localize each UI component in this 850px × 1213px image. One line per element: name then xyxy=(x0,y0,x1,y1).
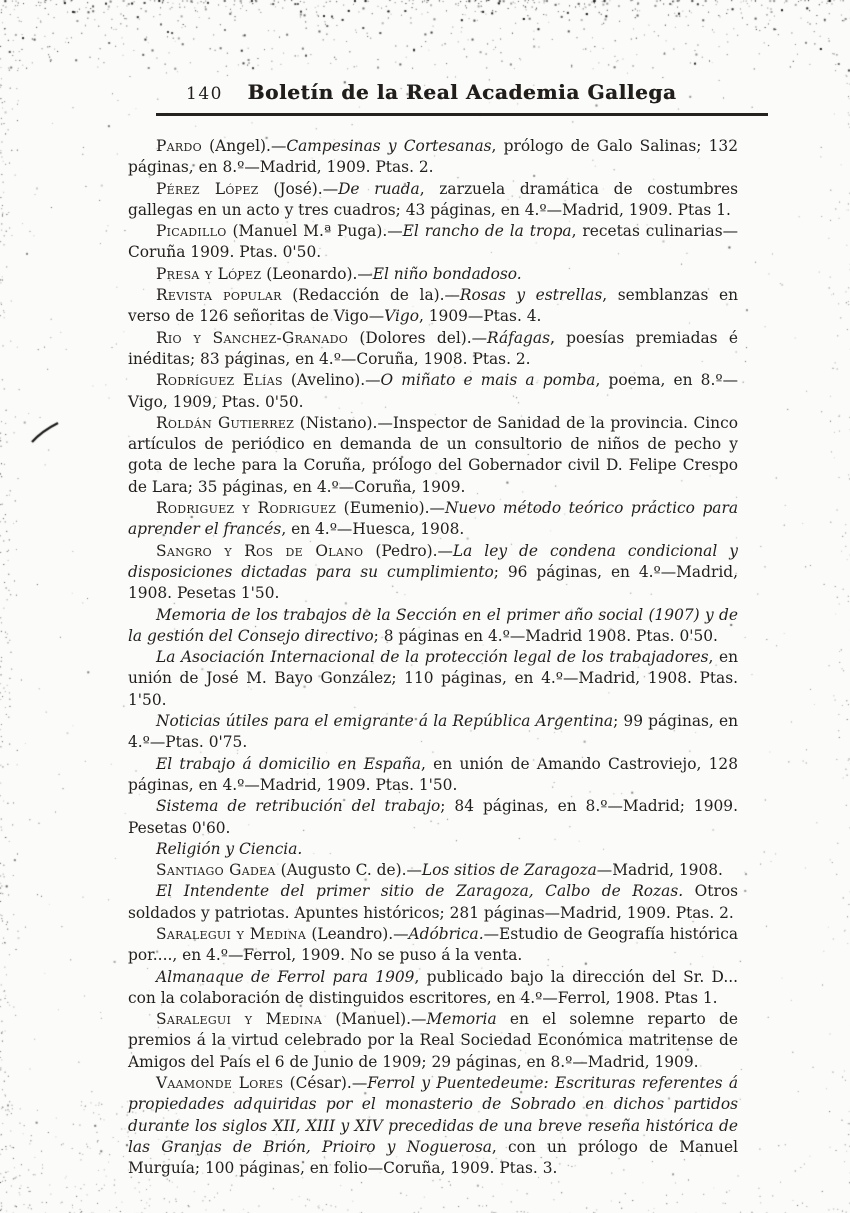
document-page: 140 Boletín de la Real Academia Gallega … xyxy=(0,0,850,1213)
bib-entry: Pérez López (José).—De ruada, zarzuela d… xyxy=(128,179,738,222)
bib-entry: Noticias útiles para el emigrante á la R… xyxy=(128,711,738,754)
author-name: Roldán Gutierrez xyxy=(156,414,294,432)
bib-entry: Roldán Gutierrez (Nistano).—Inspector de… xyxy=(128,413,738,498)
bib-entry: Revista popular (Redacción de la).—Rosas… xyxy=(128,285,738,328)
author-name: Saralegui y Medina xyxy=(156,925,306,943)
author-name: Saralegui y Medina xyxy=(156,1010,322,1028)
bib-entry: Picadillo (Manuel M.ª Puga).—El rancho d… xyxy=(128,221,738,264)
entry-text: (Manuel).— xyxy=(322,1010,426,1028)
bib-entry: Rodriguez y Rodriguez (Eumenio).—Nuevo m… xyxy=(128,498,738,541)
work-title: El rancho de la tropa xyxy=(403,222,572,240)
entry-text: , 1909—Ptas. 4. xyxy=(419,307,541,325)
author-name: Revista popular xyxy=(156,286,282,304)
entry-text: (Manuel M.ª Puga).— xyxy=(227,222,403,240)
bib-entry: Saralegui y Medina (Manuel).—Memoria en … xyxy=(128,1009,738,1073)
work-title: O miñato e mais a pomba xyxy=(381,371,596,389)
work-title: Los sitios de Zaragoza xyxy=(422,861,597,879)
work-title: De ruada xyxy=(338,180,420,198)
author-name: Pérez López xyxy=(156,180,259,198)
entry-text: (Redacción de la).— xyxy=(282,286,460,304)
entry-text: (Dolores del).— xyxy=(348,329,487,347)
entry-text: (Leonardo).— xyxy=(261,265,372,283)
bib-entry: Memoria de los trabajos de la Sección en… xyxy=(128,605,738,648)
work-title: Memoria xyxy=(426,1010,496,1028)
author-name: Santiago Gadea xyxy=(156,861,276,879)
bib-entry: Santiago Gadea (Augusto C. de).—Los siti… xyxy=(128,860,738,881)
entry-text: (Augusto C. de).— xyxy=(276,861,422,879)
bibliography: Pardo (Angel).—Campesinas y Cortesanas, … xyxy=(128,136,738,1180)
bib-entry: Presa y López (Leonardo).—El niño bondad… xyxy=(128,264,738,285)
bib-entry: Vaamonde Lores (César).—Ferrol y Puented… xyxy=(128,1073,738,1179)
bib-entry: Sistema de retribución del trabajo; 84 p… xyxy=(128,796,738,839)
header-rule xyxy=(156,113,768,116)
bib-entry: Religión y Ciencia. xyxy=(128,839,738,860)
entry-text: (Leandro).— xyxy=(306,925,408,943)
work-title: Religión y Ciencia. xyxy=(156,840,302,858)
work-title: El niño bondadoso. xyxy=(373,265,522,283)
bib-entry: Sangro y Ros de Olano (Pedro).—La ley de… xyxy=(128,541,738,605)
work-title: Vigo xyxy=(384,307,419,325)
journal-title: Boletín de la Real Academia Gallega xyxy=(156,80,768,104)
work-title: Noticias útiles para el emigrante á la R… xyxy=(156,712,613,730)
author-name: Presa y López xyxy=(156,265,261,283)
work-title: Almanaque de Ferrol para 1909 xyxy=(156,968,414,986)
entry-text: (César).— xyxy=(283,1074,367,1092)
work-title: Ráfagas xyxy=(487,329,550,347)
entry-text: —Madrid, 1908. xyxy=(597,861,723,879)
work-title: Rosas y estrellas xyxy=(460,286,602,304)
author-name: Rodriguez y Rodriguez xyxy=(156,499,336,517)
entry-text: , en 4.º—Huesca, 1908. xyxy=(281,520,464,538)
bib-entry: Rio y Sanchez-Granado (Dolores del).—Ráf… xyxy=(128,328,738,371)
bib-entry: Pardo (Angel).—Campesinas y Cortesanas, … xyxy=(128,136,738,179)
bib-entry: La Asociación Internacional de la protec… xyxy=(128,647,738,711)
work-title: El trabajo á domicilio en España xyxy=(156,755,421,773)
author-name: Vaamonde Lores xyxy=(156,1074,283,1092)
work-title: Campesinas y Cortesanas xyxy=(286,137,491,155)
entry-text: (Pedro).— xyxy=(363,542,453,560)
bib-entry: El Intendente del primer sitio de Zarago… xyxy=(128,881,738,924)
entry-text: (Eumenio).— xyxy=(336,499,445,517)
work-title: Adóbrica. xyxy=(409,925,484,943)
bib-entry: El trabajo á domicilio en España, en uni… xyxy=(128,754,738,797)
work-title: Sistema de retribución del trabajo xyxy=(156,797,440,815)
author-name: Rodríguez Elías xyxy=(156,371,283,389)
bib-entry: Rodríguez Elías (Avelino).—O miñato e ma… xyxy=(128,370,738,413)
work-title: El Intendente del primer sitio de Zarago… xyxy=(156,882,683,900)
entry-text: (Avelino).— xyxy=(283,371,381,389)
author-name: Rio y Sanchez-Granado xyxy=(156,329,348,347)
entry-text: (Angel).— xyxy=(202,137,286,155)
work-title: La Asociación Internacional de la protec… xyxy=(156,648,708,666)
entry-text: ; 8 páginas en 4.º—Madrid 1908. Ptas. 0'… xyxy=(374,627,718,645)
entry-text: (José).— xyxy=(259,180,338,198)
bib-entry: Almanaque de Ferrol para 1909, publicado… xyxy=(128,967,738,1010)
author-name: Sangro y Ros de Olano xyxy=(156,542,363,560)
author-name: Pardo xyxy=(156,137,202,155)
author-name: Picadillo xyxy=(156,222,227,240)
bib-entry: Saralegui y Medina (Leandro).—Adóbrica.—… xyxy=(128,924,738,967)
